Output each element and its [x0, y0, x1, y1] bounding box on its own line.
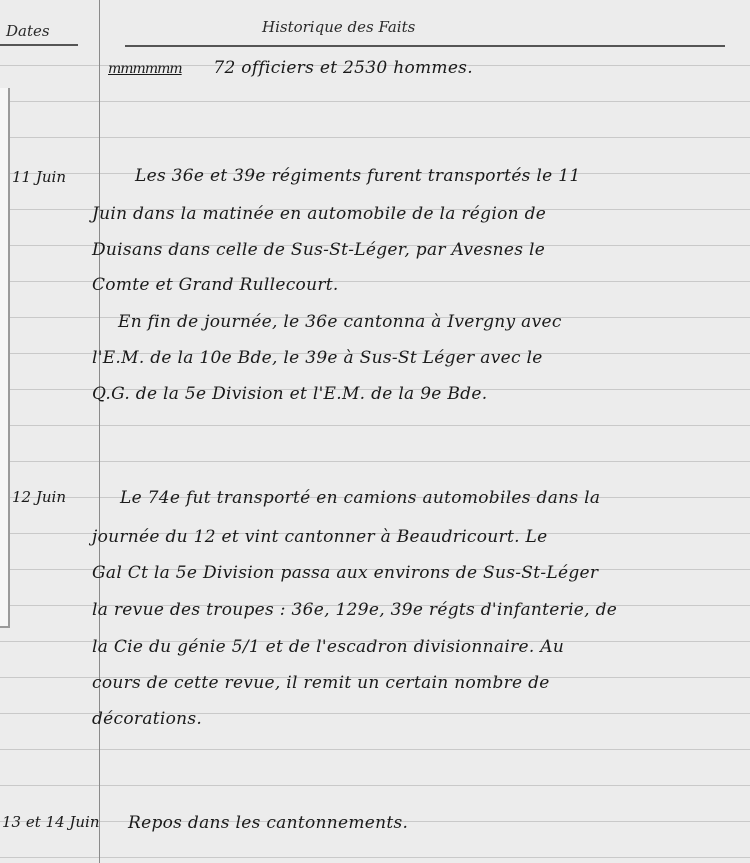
entry-date: 12 Juin: [12, 488, 66, 506]
entry-line: journée du 12 et vint cantonner à Beaudr…: [92, 527, 547, 547]
entry-line: Q.G. de la 5e Division et l'E.M. de la 9…: [92, 384, 487, 404]
entry-date: 13 et 14 Juin: [2, 813, 100, 831]
carryover-text: 72 officiers et 2530 hommes.: [213, 58, 473, 78]
column-header-dates: Dates: [6, 22, 50, 40]
header-rule-history: [125, 45, 725, 47]
entry-line: Gal Ct la 5e Division passa aux environs…: [92, 563, 598, 583]
entry-line: Juin dans la matinée en automobile de la…: [92, 204, 546, 224]
entry-line: la Cie du génie 5/1 et de l'escadron div…: [92, 637, 564, 657]
carryover-filler: mmmmmm: [108, 61, 182, 77]
page-tab: [0, 88, 10, 628]
entry-line: Repos dans les cantonnements.: [128, 813, 408, 833]
entry-line: la revue des troupes : 36e, 129e, 39e ré…: [92, 600, 617, 620]
entry-line: Les 36e et 39e régiments furent transpor…: [135, 166, 580, 186]
carryover-line: mmmmmm 72 officiers et 2530 hommes.: [108, 58, 473, 78]
ledger-page: Dates Historique des Faits mmmmmm 72 off…: [0, 0, 750, 863]
entry-line: En fin de journée, le 36e cantonna à Ive…: [118, 312, 562, 332]
entry-date: 11 Juin: [12, 168, 66, 186]
header-rule-dates: [0, 44, 78, 46]
entry-line: cours de cette revue, il remit un certai…: [92, 673, 550, 693]
entry-line: Le 74e fut transporté en camions automob…: [120, 488, 600, 508]
entry-line: Comte et Grand Rullecourt.: [92, 275, 339, 295]
entry-line: décorations.: [92, 709, 202, 729]
column-header-history: Historique des Faits: [262, 18, 415, 36]
entry-line: Duisans dans celle de Sus-St-Léger, par …: [92, 240, 545, 260]
entry-line: l'E.M. de la 10e Bde, le 39e à Sus-St Lé…: [92, 348, 543, 368]
date-column-divider: [99, 0, 100, 863]
